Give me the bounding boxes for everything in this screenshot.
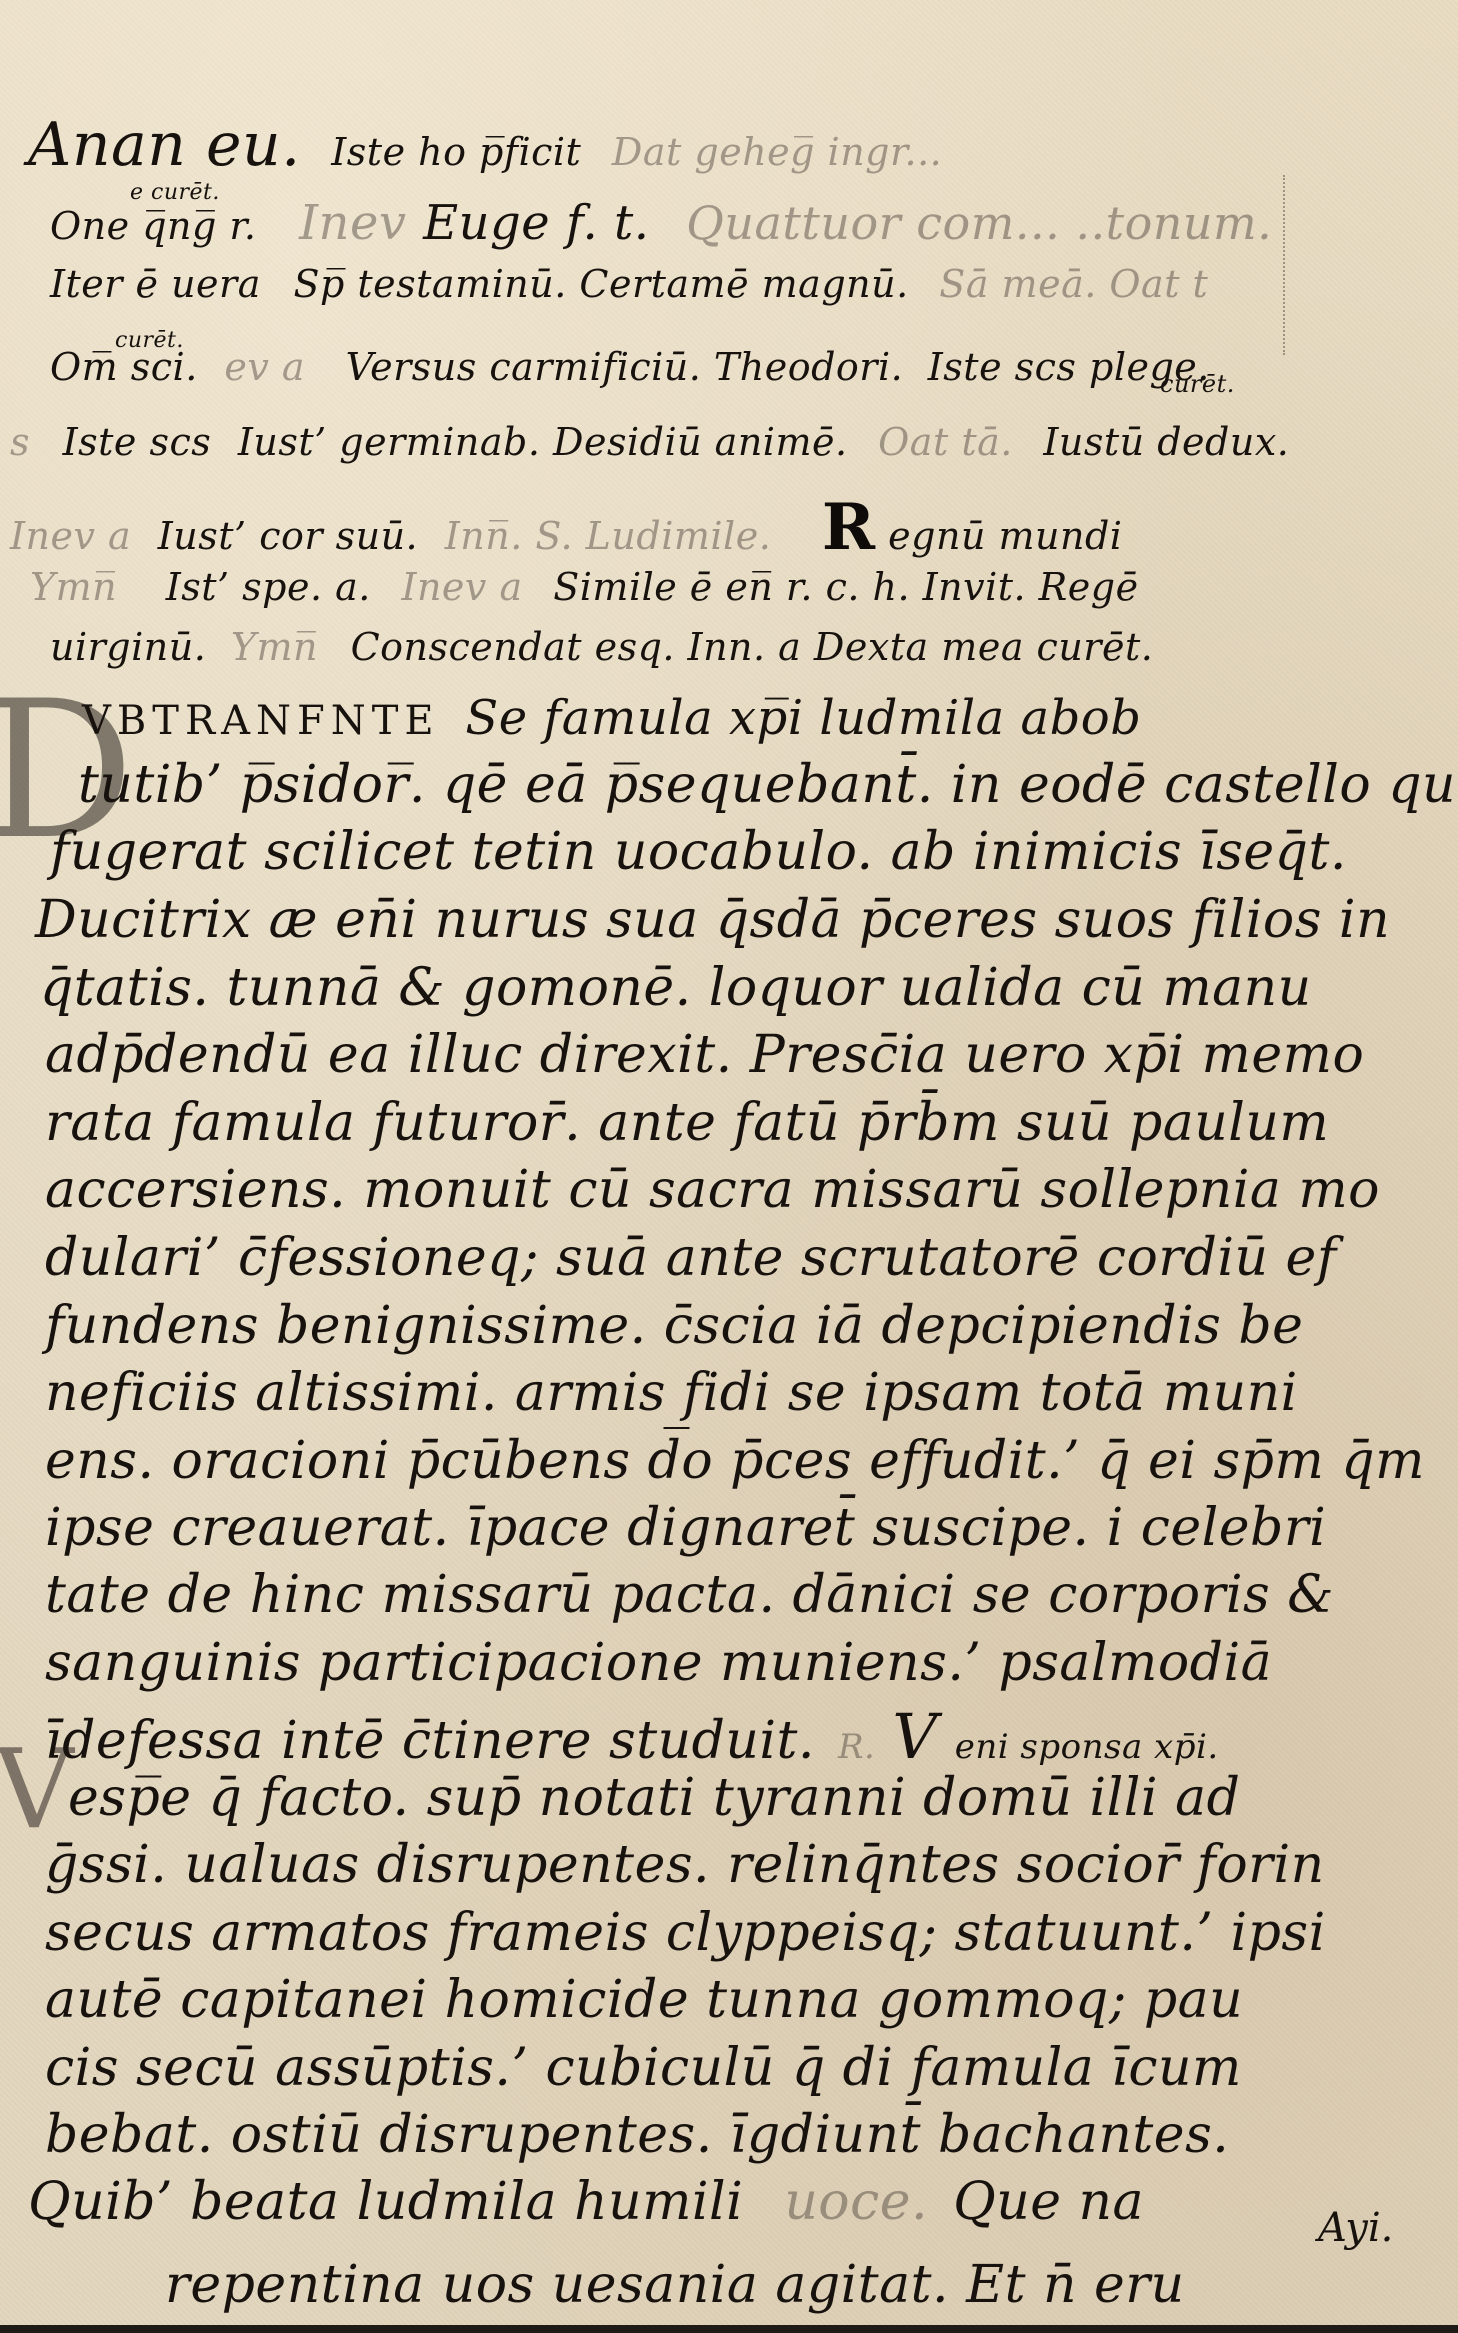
body-line: esp̅e q̄ facto. sup̄ notati tyranni domū…: [68, 1768, 1240, 1828]
body-line: Quib’ beata ludmila humili uoce. Que na: [28, 2172, 1144, 2232]
body-line: accersiens. monuit cū sacra missarū soll…: [45, 1160, 1380, 1220]
header-line-6: Inev a Iust’ cor suū. Inn̅. S. Ludimile.…: [10, 490, 1122, 565]
body-line: Ducitrix æ en̄i nurus sua q̄sdā p̄ceres…: [35, 890, 1390, 950]
body-line: bebat. ostiū disrupentes. īgdiunt̄ bach…: [45, 2105, 1229, 2165]
ruling-line: [1283, 175, 1287, 355]
header-superscript: curēt.: [115, 328, 184, 353]
body-line: sanguinis participacione muniens.’ psalm…: [45, 1633, 1272, 1693]
header-line-4: Om̅ sci. ev a Versus carmificiū. Theodor…: [50, 345, 1210, 389]
header-line-1: Anan eu. Iste ho p̅ficit Dat geheg̅ ingr…: [28, 110, 942, 180]
page-edge: [0, 2325, 1458, 2333]
body-line: q̄tatis. tunnā & gomonē. loquor ualida…: [40, 958, 1312, 1018]
body-line: adp̄dendū ea illuc direxit. Presc̄ia uer…: [45, 1025, 1364, 1085]
rubric-initial-R: R: [822, 490, 876, 565]
body-line: autē capitanei homicide tunna gommoq; pa…: [45, 1970, 1243, 2030]
header-line-7: Ymn̅ Ist’ spe. a. Inev a Simile ē en̅ r.…: [30, 565, 1139, 609]
body-line: cis secū assūptis.’ cubiculū q̄ di famu…: [45, 2038, 1242, 2098]
body-line: fundens benignissime. c̄scia iā depcipi…: [45, 1296, 1303, 1356]
body-line: dulari’ c̄fessioneq; suā ante scrutatorē…: [45, 1228, 1337, 1288]
body-line: ipse creauerat. īpace dignaret̄ suscipe…: [45, 1498, 1326, 1558]
body-line: rata famula futuror̄. ante fatū p̄rb̄m s…: [45, 1093, 1329, 1153]
body-line: repentina uos uesania agitat. Et n̄ eru: [165, 2255, 1185, 2315]
header-line-8: uirginū. Ymn̅ Conscendat esq. Inn. a Dex…: [50, 625, 1153, 669]
incipit-line: VBTRANFNTE Se famula xp̅i ludmila abob: [82, 690, 1141, 746]
body-line: tutib’ p̅sidor̅. qē eā p̅sequebant̄. in…: [78, 755, 1458, 815]
body-line: fugerat scilicet tetin uocabulo. ab inim…: [50, 822, 1347, 882]
header-line-3: Iter ē uera Sp̅ testaminū. Certamē magnū…: [50, 262, 1208, 306]
body-line: ḡssi. ualuas disrupentes. relinq̄ntes s…: [45, 1835, 1325, 1895]
body-line: secus armatos frameis clyppeisq; statuun…: [45, 1903, 1326, 1963]
body-line: īdefessa intē c̄tinere studuit. R. V e…: [45, 1700, 1219, 1773]
body-line: tate de hinc missarū pacta. dānici se co…: [45, 1565, 1334, 1625]
header-superscript: e curēt.: [130, 180, 220, 205]
header-line-2: One q̅ng̅ r. Inev Euge f. t. Quattuor co…: [50, 195, 1272, 251]
manuscript-page: Anan eu. Iste ho p̅ficit Dat geheg̅ ingr…: [0, 0, 1458, 2333]
header-line-5: s Iste scs Iust’ germinab. Desidiū animē…: [10, 420, 1289, 464]
body-line: ens. oracioni p̄cūbens d̅o p̄ces effudit…: [45, 1431, 1425, 1491]
header-superscript: curēt.: [1160, 370, 1235, 398]
margin-note: Ayi.: [1318, 2205, 1393, 2251]
body-line: neficiis altissimi. armis fidi se ipsam …: [45, 1363, 1298, 1423]
